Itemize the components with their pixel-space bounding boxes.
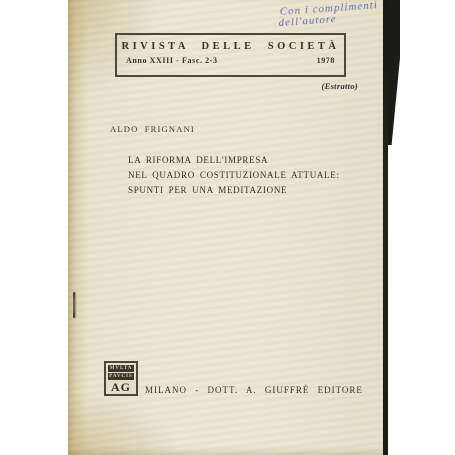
book-title: LA RIFORMA DELL'IMPRESA NEL QUADRO COSTI… [128, 153, 340, 198]
book-title-line-2: NEL QUADRO COSTITUZIONALE ATTUALE: [128, 168, 340, 183]
logo-motto-line-1: MVLTA [108, 365, 134, 372]
author-name: ALDO FRIGNANI [110, 124, 195, 134]
book-title-line-3: SPUNTI PER UNA MEDITAZIONE [128, 183, 340, 198]
offprint-label: (Estratto) [321, 81, 358, 91]
staple-icon [73, 292, 75, 318]
scan-edge-shadow-top [388, 0, 400, 145]
book-title-line-1: LA RIFORMA DELL'IMPRESA [128, 153, 340, 168]
booklet-cover: Con i complimenti dell'autore RIVISTA DE… [68, 0, 388, 455]
logo-initials: AG [108, 381, 134, 394]
journal-issue-row: Anno XXIII - Fasc. 2-3 1978 [117, 52, 344, 65]
issue-info: Anno XXIII - Fasc. 2-3 [126, 56, 218, 65]
scan-edge-shadow [383, 0, 388, 455]
journal-header-box: RIVISTA DELLE SOCIETÀ Anno XXIII - Fasc.… [115, 33, 346, 77]
journal-title: RIVISTA DELLE SOCIETÀ [117, 41, 344, 52]
issue-year: 1978 [317, 56, 335, 65]
publisher-logo: MVLTA PAVCIS AG [104, 361, 138, 396]
scan-background: Con i complimenti dell'autore RIVISTA DE… [0, 0, 455, 455]
handwritten-dedication: Con i complimenti dell'autore [279, 0, 450, 29]
publisher-imprint: MILANO - DOTT. A. GIUFFRÈ EDITORE [145, 385, 363, 395]
logo-motto-line-2: PAVCIS [108, 373, 134, 380]
